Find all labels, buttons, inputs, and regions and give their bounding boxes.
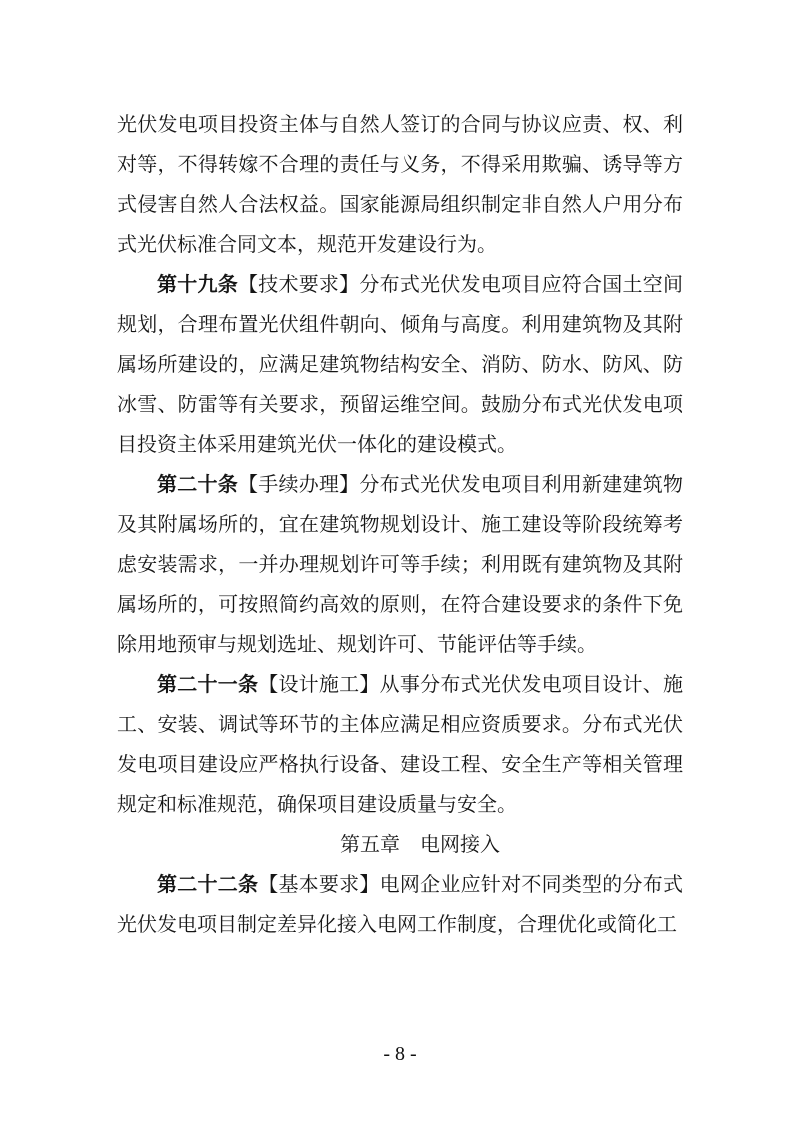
document-page: 光伏发电项目投资主体与自然人签订的合同与协议应责、权、利对等，不得转嫁不合理的责… — [0, 0, 800, 1131]
paragraph-article-20: 第二十条【手续办理】分布式光伏发电项目利用新建建筑物及其附属场所的，宜在建筑物规… — [117, 465, 683, 665]
chapter-5-heading: 第五章 电网接入 — [117, 825, 683, 865]
paragraph-continued: 光伏发电项目投资主体与自然人签订的合同与协议应责、权、利对等，不得转嫁不合理的责… — [117, 105, 683, 265]
paragraph-article-21: 第二十一条【设计施工】从事分布式光伏发电项目设计、施工、安装、调试等环节的主体应… — [117, 665, 683, 825]
article-21-number: 第二十一条 — [157, 674, 258, 696]
chapter-5-heading-text: 第五章 电网接入 — [340, 834, 500, 856]
paragraph-continued-text: 光伏发电项目投资主体与自然人签订的合同与协议应责、权、利对等，不得转嫁不合理的责… — [117, 114, 683, 256]
article-20-number: 第二十条 — [157, 474, 238, 496]
article-19-text: 【技术要求】分布式光伏发电项目应符合国土空间规划，合理布置光伏组件朝向、倾角与高… — [117, 274, 683, 456]
article-20-text: 【手续办理】分布式光伏发电项目利用新建建筑物及其附属场所的，宜在建筑物规划设计、… — [117, 474, 683, 656]
paragraph-article-22: 第二十二条【基本要求】电网企业应针对不同类型的分布式光伏发电项目制定差异化接入电… — [117, 865, 683, 945]
page-number: - 8 - — [0, 1042, 800, 1066]
page-body-text: 光伏发电项目投资主体与自然人签订的合同与协议应责、权、利对等，不得转嫁不合理的责… — [117, 105, 683, 945]
article-19-number: 第十九条 — [157, 274, 238, 296]
article-22-number: 第二十二条 — [157, 874, 258, 896]
paragraph-article-19: 第十九条【技术要求】分布式光伏发电项目应符合国土空间规划，合理布置光伏组件朝向、… — [117, 265, 683, 465]
